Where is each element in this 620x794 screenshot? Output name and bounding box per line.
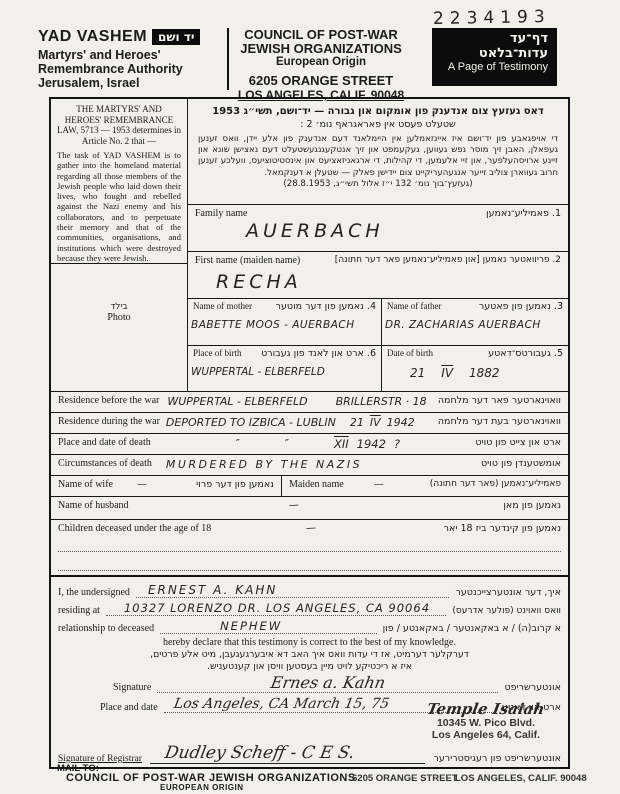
birth-place-label-hebrew: 6. ארט און לאנד פון געבורט <box>261 348 376 359</box>
council-address-block: COUNCIL OF POST-WAR JEWISH ORGANIZATIONS… <box>230 28 412 103</box>
maiden-value: — <box>374 479 384 497</box>
residing-label-hebrew: וואס וואוינט (פולער אדרעס) <box>452 606 561 616</box>
doc-number: 2234193 <box>433 7 551 29</box>
undersigned-label: I, the undersigned <box>58 587 130 598</box>
death-label-hebrew: ארט און צייט פון טויט <box>475 437 561 448</box>
children-writing-line-1 <box>58 538 561 552</box>
yad-vashem-title: YAD VASHEM <box>38 28 147 46</box>
maiden-label-hebrew: פאמיליע־נאמען (פאר דער חתונה) <box>430 479 561 497</box>
place-date-label: Place and date <box>100 702 158 713</box>
children-label: Children deceased under the age of 18 <box>58 523 211 534</box>
field-children: Children deceased under the age of 18 — … <box>51 519 568 575</box>
family-name-label: Family name <box>195 208 248 219</box>
yad-vashem-logo-icon: יד ושם <box>152 29 200 45</box>
place-date-value: Los Angeles, CA March 15, 75 <box>172 696 390 712</box>
field-husband: Name of husband — נאמען פון מאן <box>51 496 568 519</box>
birth-date-label: Date of birth <box>387 348 433 359</box>
birth-place-value: WUPPERTAL - ELBERFELD <box>188 359 381 378</box>
mother-label-hebrew: 4. נאמען פון דער מוטער <box>276 301 376 312</box>
first-name-value: RECHA <box>216 271 302 293</box>
children-writing-line-2 <box>58 555 561 571</box>
yad-vashem-subtitle-1: Martyrs' and Heroes' <box>38 48 223 62</box>
relationship-label-hebrew: א קרוב(ה) / א באקאנטער / באקאנטע / פון <box>383 623 561 634</box>
relationship-label: relationship to deceased <box>58 623 154 634</box>
testimony-hebrew-2: עדות־בלאט <box>436 46 548 61</box>
death-ditto-1: ″ <box>236 437 240 450</box>
residence-before-label-hebrew: וואוינארטער פאר דער מלחמה <box>438 395 561 406</box>
field-residence-during: Residence during the war DEPORTED TO IZB… <box>51 412 568 433</box>
wife-label-hebrew: נאמען פון דער פרוי <box>196 479 274 497</box>
testimony-english: A Page of Testimony <box>436 61 548 74</box>
mail-to-city: LOS ANGELES, CALIF. 90048 <box>455 773 587 784</box>
relationship-line: relationship to deceased NEPHEW א קרוב(ה… <box>58 616 561 634</box>
intro-subtitle: שטעלט פעסט אין פאראגראף נומ׳ 2 : <box>198 118 558 132</box>
residing-line: residing at 10327 LORENZO DR. LOS ANGELE… <box>58 598 561 616</box>
signature-line: Signature Ernes a. Kahn אונטערשריפט <box>58 672 561 693</box>
field-birth: Place of birth 6. ארט און לאנד פון געבור… <box>188 345 568 391</box>
council-line-1: COUNCIL OF POST-WAR <box>230 28 412 42</box>
relationship-value: NEPHEW <box>160 619 377 634</box>
stamp-city: Los Angeles 64, Calif. <box>411 729 561 741</box>
first-name-label-hebrew: 2. פריוואטער נאמען [און פאמיליע־נאמען פא… <box>335 255 561 265</box>
father-label: Name of father <box>387 301 441 312</box>
field-residence-before: Residence before the war WUPPERTAL - ELB… <box>51 391 568 412</box>
signature-label-hebrew: אונטערשריפט <box>504 682 561 693</box>
field-parents: Name of mother 4. נאמען פון דער מוטער BA… <box>188 298 568 345</box>
testimony-hebrew-1: דף־עד <box>436 32 548 46</box>
temple-stamp: Temple Isaiah 10345 W. Pico Blvd. Los An… <box>411 702 561 741</box>
circumstances-value: MURDERED BY THE NAZIS <box>166 458 362 471</box>
photo-label-hebrew: בילד <box>51 302 187 312</box>
field-father: Name of father 3. נאמען פון פאטער DR. ZA… <box>382 299 568 346</box>
testimony-form: THE MARTYRS' AND HEROES' REMEMBRANCE LAW… <box>49 97 570 769</box>
circumstances-label-hebrew: אומשטענדן פון טויט <box>481 458 561 469</box>
council-line-3: European Origin <box>230 56 412 69</box>
header-divider <box>227 28 229 90</box>
maiden-label: Maiden name <box>289 479 344 497</box>
field-death: Place and date of death ″ ″ XII1942? ארט… <box>51 433 568 454</box>
declare-english: hereby declare that this testimony is co… <box>58 637 561 648</box>
registrar-label-hebrew: אונטערשריפט פון רעגיסטרירער <box>433 753 561 764</box>
declaration-section: I, the undersigned ERNEST A. KAHN איך, ד… <box>51 575 568 767</box>
father-value: DR. ZACHARIAS AUERBACH <box>382 312 568 331</box>
wife-label: Name of wife <box>58 479 113 497</box>
residence-before-label: Residence before the war <box>58 395 159 406</box>
mother-label: Name of mother <box>193 301 252 312</box>
intro-citation: (געזעץ־בוך נומ׳ 132 י״ז אלול תשי״ג, 28.8… <box>198 179 558 190</box>
yad-vashem-block: YAD VASHEM יד ושם Martyrs' and Heroes' R… <box>38 28 223 90</box>
husband-value: — <box>288 500 299 512</box>
wife-value: — <box>137 479 147 497</box>
field-maiden: Maiden name — פאמיליע־נאמען (פאר דער חתו… <box>282 476 568 497</box>
family-name-value: AUERBACH <box>246 220 384 242</box>
children-value: — <box>306 523 317 535</box>
father-label-hebrew: 3. נאמען פון פאטער <box>479 301 563 312</box>
council-street: 6205 ORANGE STREET <box>230 73 412 88</box>
law-box: THE MARTYRS' AND HEROES' REMEMBRANCE LAW… <box>51 99 188 264</box>
mail-to-street: 6205 ORANGE STREET <box>352 773 458 784</box>
declare-yiddish-1: דערקלער דערמיט, אז די עדות וואס איך האב … <box>58 649 561 661</box>
intro-title: דאס געזעץ צום אנדענק פון אומקום און גבור… <box>198 105 558 118</box>
photo-label: Photo <box>51 312 187 323</box>
declarant-signature: Ernes a. Kahn <box>269 673 387 692</box>
death-value: XII1942? <box>334 437 400 451</box>
photo-placeholder: בילד Photo <box>51 264 188 391</box>
undersigned-label-hebrew: איך, דער אונטערצייכנטער <box>455 587 561 598</box>
field-birth-date: Date of birth 5. געבורטס־דאטע 21IV1882 <box>382 346 568 392</box>
page-of-testimony-stamp: דף־עד עדות־בלאט A Page of Testimony <box>432 28 557 86</box>
birth-date-label-hebrew: 5. געבורטס־דאטע <box>488 348 563 359</box>
residence-before-value: WUPPERTAL - ELBERFELD <box>167 395 307 408</box>
field-birth-place: Place of birth 6. ארט און לאנד פון געבור… <box>188 346 382 392</box>
residence-during-label: Residence during the war <box>58 416 160 427</box>
death-label: Place and date of death <box>58 437 151 448</box>
registrar-signature-cell: Dudley Scheff - C E S. <box>150 743 426 764</box>
birth-date-value: 21IV1882 <box>382 359 568 380</box>
death-ditto-2: ″ <box>285 437 289 450</box>
stamp-name: Temple Isaiah <box>426 702 546 717</box>
residing-value: 10327 LORENZO DR. LOS ANGELES, CA 90064 <box>106 601 446 616</box>
residence-during-label-hebrew: וואוינארטער בעת דער מלחמה <box>438 416 561 427</box>
mother-value: BABETTE MOOS - AUERBACH <box>188 312 381 331</box>
field-wife-maiden: Name of wife — נאמען פון דער פרוי Maiden… <box>51 475 568 496</box>
first-name-label: First name (maiden name) <box>195 255 300 266</box>
council-line-2: JEWISH ORGANIZATIONS <box>230 42 412 56</box>
registrar-signature: Dudley Scheff - C E S. <box>163 743 356 763</box>
field-mother: Name of mother 4. נאמען פון דער מוטער BA… <box>188 299 382 346</box>
children-label-hebrew: נאמען פון קינדער ביז 18 יאר <box>444 523 561 534</box>
law-text: The task of YAD VASHEM is to gather into… <box>57 150 181 263</box>
yad-vashem-subtitle-2: Remembrance Authority <box>38 62 223 76</box>
field-wife: Name of wife — נאמען פון דער פרוי <box>51 476 282 497</box>
husband-label: Name of husband <box>58 500 129 511</box>
circumstances-label: Circumstances of death <box>58 458 152 469</box>
signature-label: Signature <box>113 682 151 693</box>
intro-body: די אויפגאבע פון יד־ושם איז איינזאמלען אי… <box>198 134 558 179</box>
residence-before-value-2: BRILLERSTR · 18 <box>336 395 427 408</box>
field-circumstances: Circumstances of death MURDERED BY THE N… <box>51 454 568 475</box>
signature-value-cell: Ernes a. Kahn <box>157 673 498 693</box>
undersigned-line: I, the undersigned ERNEST A. KAHN איך, ד… <box>58 581 561 598</box>
residence-during-date: 21IV1942 <box>350 416 415 429</box>
undersigned-value: ERNEST A. KAHN <box>136 583 450 598</box>
yad-vashem-subtitle-3: Jerusalem, Israel <box>38 76 223 90</box>
declare-yiddish-2: איז א ריכטיקע לויט מיין בעסטען וויסן און… <box>58 661 561 673</box>
stamp-street: 10345 W. Pico Blvd. <box>411 717 561 729</box>
law-heading: THE MARTYRS' AND HEROES' REMEMBRANCE LAW… <box>57 104 181 146</box>
residence-during-value: DEPORTED TO IZBICA - LUBLIN <box>166 416 336 429</box>
birth-place-label: Place of birth <box>193 348 242 359</box>
mail-to-org-sub: EUROPEAN ORIGIN <box>160 783 244 792</box>
law-intro-yiddish: דאס געזעץ צום אנדענק פון אומקום און גבור… <box>188 99 568 204</box>
husband-label-hebrew: נאמען פון מאן <box>503 500 561 511</box>
family-name-label-hebrew: 1. פאמיליע־נאמען <box>486 208 561 219</box>
residing-label: residing at <box>58 605 100 616</box>
registrar-line: Signature of Registrar Dudley Scheff - C… <box>58 743 561 764</box>
